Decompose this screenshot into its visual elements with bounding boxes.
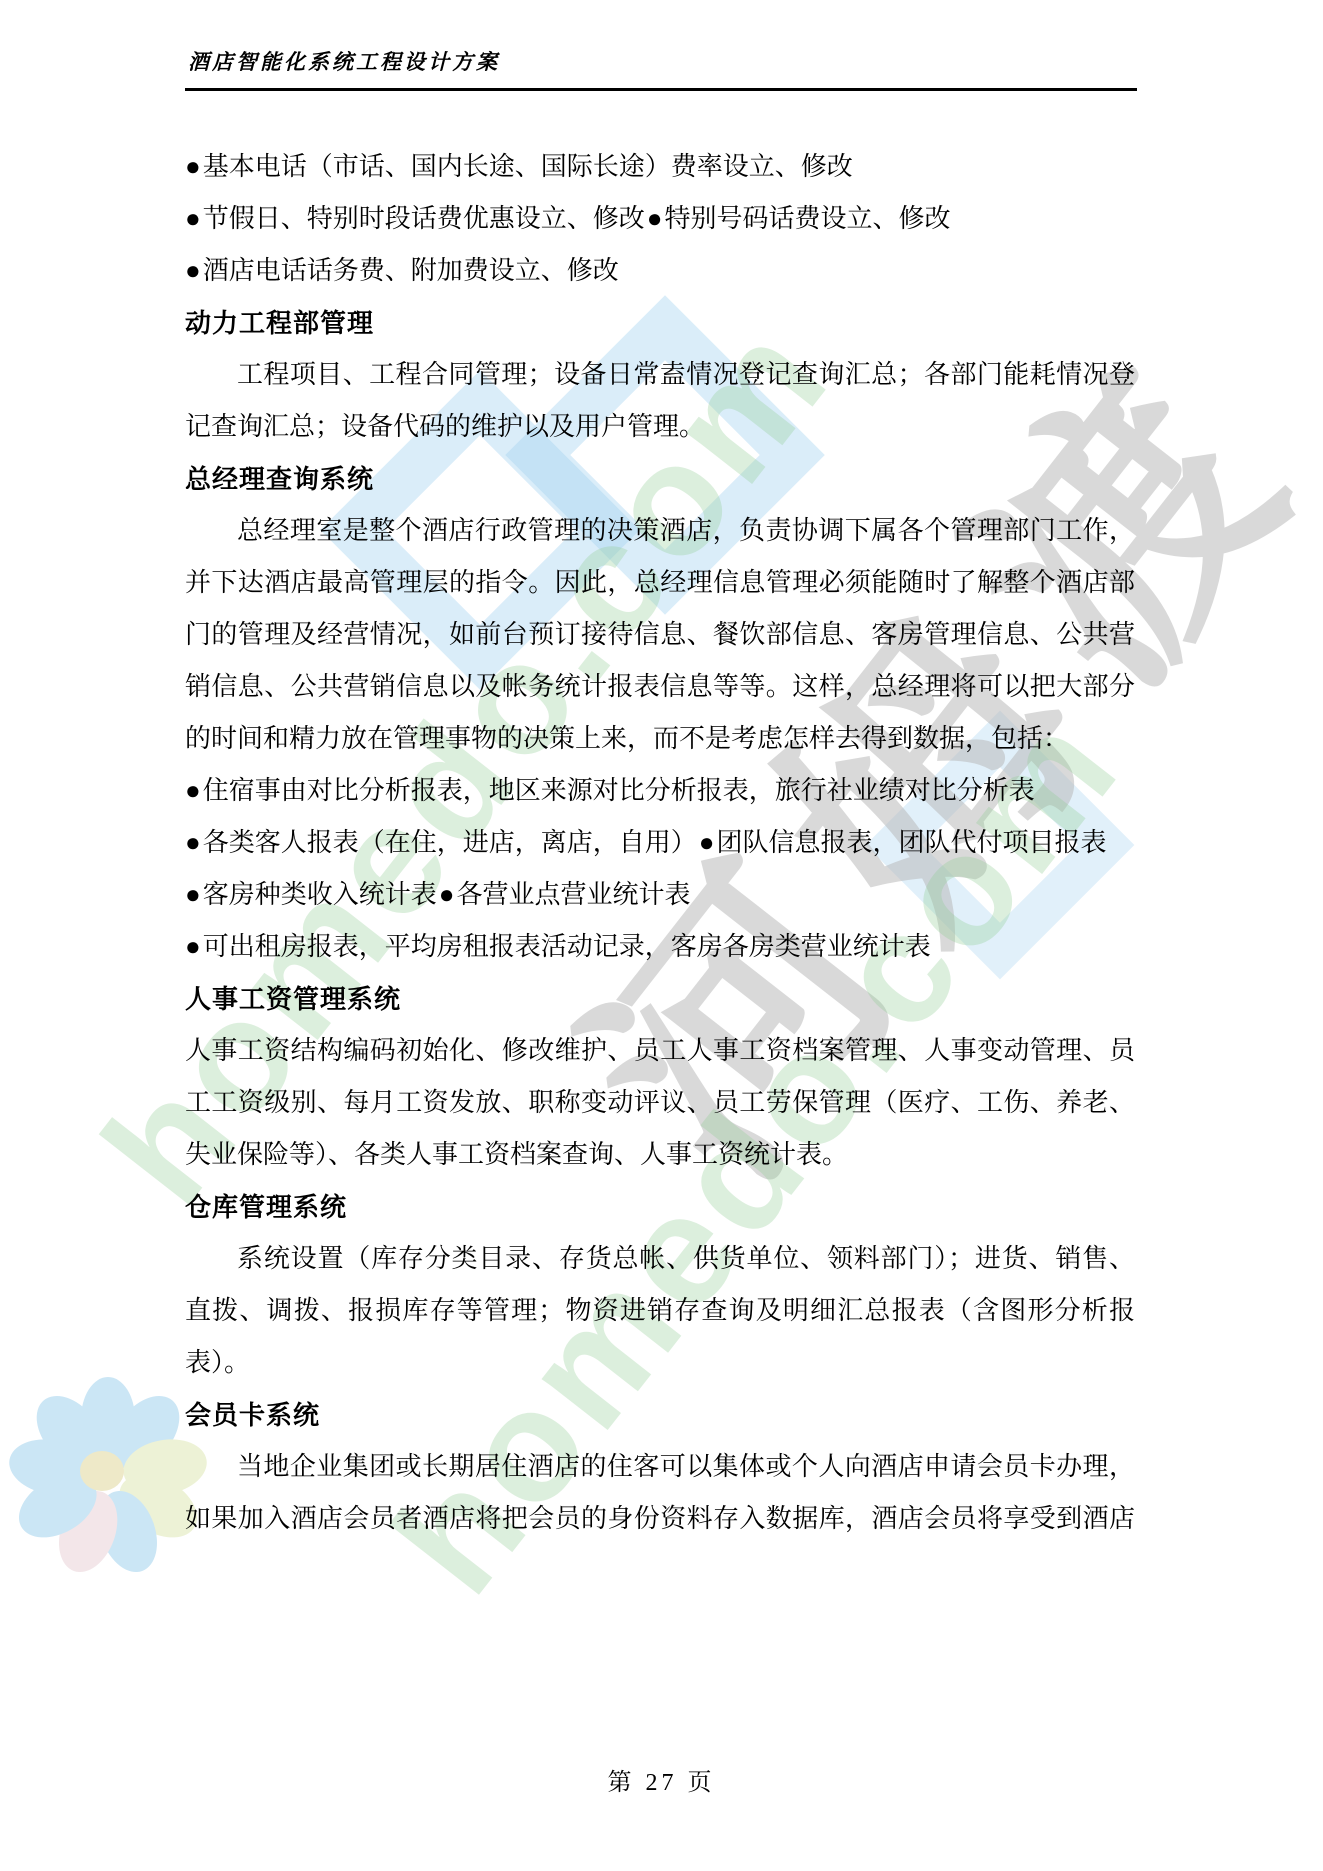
section-heading: 动力工程部管理 xyxy=(185,297,1135,349)
body-line: 门的管理及经营情况，如前台预订接待信息、餐饮部信息、客房管理信息、公共营 xyxy=(185,609,1135,661)
body-line: 工工资级别、每月工资发放、职称变动评议、员工劳保管理（医疗、工伤、养老、 xyxy=(185,1077,1135,1129)
bullet-text: 各营业点营业统计表 xyxy=(456,880,690,909)
bullet-icon: ● xyxy=(185,765,201,817)
bullet-text: 团队信息报表，团队代付项目报表 xyxy=(716,828,1106,857)
bullet-icon: ● xyxy=(185,141,201,193)
bullet-line: ●基本电话（市话、国内长途、国际长途）费率设立、修改 xyxy=(185,141,853,193)
bullet-icon: ● xyxy=(699,817,715,869)
bullet-line: ●客房种类收入统计表 xyxy=(185,869,437,921)
bullet-icon: ● xyxy=(185,193,201,245)
section-heading: 总经理查询系统 xyxy=(185,453,1135,505)
bullet-icon: ● xyxy=(647,193,663,245)
document-page: 河姆渡 homedo.com homedo.com 酒店智能化系统工程设计方案 … xyxy=(0,0,1323,1871)
body-line: 记查询汇总；设备代码的维护以及用户管理。 xyxy=(185,401,1135,453)
flower-logo xyxy=(5,1372,215,1587)
section-heading: 人事工资管理系统 xyxy=(185,973,1135,1025)
bullet-line: ●节假日、特别时段话费优惠设立、修改 xyxy=(185,193,645,245)
section-heading: 会员卡系统 xyxy=(185,1389,1135,1441)
header-rule xyxy=(185,88,1137,91)
body-line: 销信息、公共营销信息以及帐务统计报表信息等等。这样，总经理将可以把大部分 xyxy=(185,661,1135,713)
body-line: 直拨、调拨、报损库存等管理；物资进销存查询及明细汇总报表（含图形分析报 xyxy=(185,1285,1135,1337)
bullet-text: 客房种类收入统计表 xyxy=(203,880,437,909)
bullet-line: ●可出租房报表，平均房租报表活动记录，客房各房类营业统计表 xyxy=(185,921,931,973)
page-number: 第 27 页 xyxy=(0,1762,1323,1797)
body-line: 的时间和精力放在管理事物的决策上来，而不是考虑怎样去得到数据，包括： xyxy=(185,713,1135,765)
body-line: 系统设置（库存分类目录、存货总帐、供货单位、领料部门）；进货、销售、 xyxy=(185,1233,1135,1285)
page-header-title: 酒店智能化系统工程设计方案 xyxy=(188,46,500,76)
bullet-line: ●各类客人报表（在住，进店，离店，自用） xyxy=(185,817,697,869)
body-line: 并下达酒店最高管理层的指令。因此，总经理信息管理必须能随时了解整个酒店部 xyxy=(185,557,1135,609)
bullet-text: 基本电话（市话、国内长途、国际长途）费率设立、修改 xyxy=(203,152,853,181)
bullet-icon: ● xyxy=(185,817,201,869)
body-line: 当地企业集团或长期居住酒店的住客可以集体或个人向酒店申请会员卡办理， xyxy=(185,1441,1135,1493)
body-line: 总经理室是整个酒店行政管理的决策酒店，负责协调下属各个管理部门工作， xyxy=(185,505,1135,557)
bullet-icon: ● xyxy=(185,245,201,297)
body-line: 人事工资结构编码初始化、修改维护、员工人事工资档案管理、人事变动管理、员 xyxy=(185,1025,1135,1077)
bullet-text: 酒店电话话务费、附加费设立、修改 xyxy=(203,256,619,285)
body-line: 失业保险等）、各类人事工资档案查询、人事工资统计表。 xyxy=(185,1129,1135,1181)
body-line: 工程项目、工程合同管理；设备日常盍情况登记查询汇总；各部门能耗情况登 xyxy=(185,349,1135,401)
document-body: ●基本电话（市话、国内长途、国际长途）费率设立、修改●节假日、特别时段话费优惠设… xyxy=(185,141,1135,1545)
bullet-text: 住宿事由对比分析报表，地区来源对比分析报表，旅行社业绩对比分析表 xyxy=(203,776,1035,805)
body-line: 如果加入酒店会员者酒店将把会员的身份资料存入数据库，酒店会员将享受到酒店 xyxy=(185,1493,1135,1545)
bullet-icon: ● xyxy=(439,869,455,921)
bullet-line: ●特别号码话费设立、修改 xyxy=(647,193,951,245)
bullet-text: 特别号码话费设立、修改 xyxy=(664,204,950,233)
bullet-line: ●各营业点营业统计表 xyxy=(439,869,691,921)
section-heading: 仓库管理系统 xyxy=(185,1181,1135,1233)
bullet-line: ●住宿事由对比分析报表，地区来源对比分析报表，旅行社业绩对比分析表 xyxy=(185,765,1035,817)
bullet-text: 各类客人报表（在住，进店，离店，自用） xyxy=(203,828,697,857)
bullet-line: ●酒店电话话务费、附加费设立、修改 xyxy=(185,245,619,297)
body-line: 表）。 xyxy=(185,1337,1135,1389)
bullet-icon: ● xyxy=(185,921,201,973)
bullet-text: 节假日、特别时段话费优惠设立、修改 xyxy=(203,204,645,233)
bullet-line: ●团队信息报表，团队代付项目报表 xyxy=(699,817,1107,869)
bullet-icon: ● xyxy=(185,869,201,921)
bullet-text: 可出租房报表，平均房租报表活动记录，客房各房类营业统计表 xyxy=(203,932,931,961)
